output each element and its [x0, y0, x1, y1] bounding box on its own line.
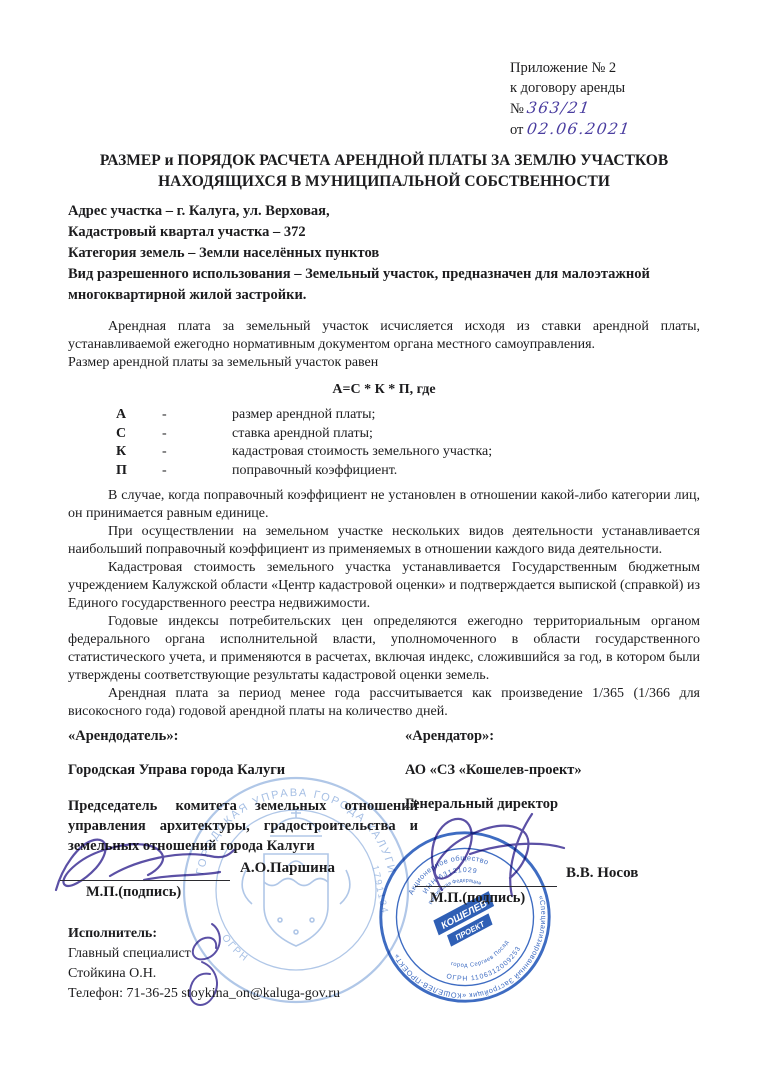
- lessor-signature-line: [60, 880, 230, 881]
- definition-row: П - поправочный коэффициент.: [116, 462, 700, 481]
- appendix-header: Приложение № 2 к договору аренды № 363/2…: [510, 58, 700, 140]
- plot-cadastre-line: Кадастровый квартал участка – 372: [68, 222, 700, 243]
- paragraph-rent-equals: Размер арендной платы за земельный участ…: [68, 354, 700, 372]
- definition-meaning: размер арендной платы;: [232, 406, 700, 425]
- svg-text:город Сергиев Посад: город Сергиев Посад: [448, 938, 514, 977]
- definition-dash: -: [162, 406, 232, 425]
- lessee-mp-caption: М.П.(подпись): [430, 890, 525, 907]
- executor-block: Исполнитель: Главный специалист Стойкина…: [68, 924, 340, 1004]
- lessee-position-title: Генеральный директор: [405, 796, 558, 813]
- lessor-signer-name: А.О.Паршина: [240, 860, 335, 877]
- contract-date-handwritten: 02.06.2021: [526, 119, 633, 139]
- svg-text:«Специализированный Застройщик: «Специализированный Застройщик «КОШЕЛЕВ-…: [391, 893, 558, 1010]
- lessee-org-name: АО «СЗ «Кошелев-проект»: [405, 762, 582, 779]
- lessor-stamp-ogrn-digits: 1791134: [369, 864, 390, 915]
- body-paragraph: При осуществлении на земельном участке н…: [68, 523, 700, 559]
- definition-row: А - размер арендной платы;: [116, 406, 700, 425]
- executor-position: Главный специалист: [68, 944, 340, 964]
- body-paragraph: Годовые индексы потребительских цен опре…: [68, 613, 700, 685]
- plot-usage-line: Вид разрешенного использования – Земельн…: [68, 264, 700, 306]
- paragraph-rent-basis: Арендная плата за земельный участок исчи…: [68, 318, 700, 354]
- executor-phone: Телефон: 71-36-25 stoykina_on@kaluga-gov…: [68, 984, 340, 1004]
- definition-row: К - кадастровая стоимость земельного уча…: [116, 443, 700, 462]
- plot-info-block: Адрес участка – г. Калуга, ул. Верховая,…: [68, 201, 700, 306]
- svg-text:ОГРН 1106312009253: ОГРН 1106312009253: [443, 943, 528, 993]
- contract-number-line: № 363/21: [510, 98, 700, 119]
- executor-label: Исполнитель:: [68, 924, 340, 944]
- contract-date-prefix: от: [510, 122, 523, 138]
- definition-meaning: кадастровая стоимость земельного участка…: [232, 443, 700, 462]
- executor-name: Стойкина О.Н.: [68, 964, 340, 984]
- definition-dash: -: [162, 462, 232, 481]
- definition-symbol: К: [116, 443, 162, 462]
- definition-symbol: С: [116, 425, 162, 444]
- document-title: РАЗМЕР и ПОРЯДОК РАСЧЕТА АРЕНДНОЙ ПЛАТЫ …: [68, 150, 700, 192]
- definition-row: С - ставка арендной платы;: [116, 425, 700, 444]
- lessee-label: «Арендатор»:: [405, 728, 494, 745]
- signing-section: «Арендодатель»: «Арендатор»: Городская У…: [0, 712, 764, 1080]
- lessor-position-title: Председатель комитета земельных отношени…: [68, 796, 418, 856]
- definition-dash: -: [162, 425, 232, 444]
- appendix-number-line: Приложение № 2: [510, 58, 700, 78]
- lessee-signer-name: В.В. Носов: [566, 865, 638, 882]
- lessee-stamp-ogrn-text: ОГРН 1106312009253: [443, 943, 528, 993]
- lessor-org-name: Городская Управа города Калуги: [68, 762, 285, 779]
- contract-number-prefix: №: [510, 101, 524, 117]
- lessee-stamp-city-text: город Сергиев Посад: [448, 938, 514, 977]
- contract-reference-line: к договору аренды: [510, 78, 700, 98]
- contract-date-line: от 02.06.2021: [510, 119, 700, 140]
- definition-meaning: поправочный коэффициент.: [232, 462, 700, 481]
- plot-category-line: Категория земель – Земли населённых пунк…: [68, 243, 700, 264]
- lessee-stamp-outer-text: «Специализированный Застройщик «КОШЕЛЕВ-…: [391, 893, 558, 1010]
- body-paragraph: Кадастровая стоимость земельного участка…: [68, 559, 700, 613]
- definitions-table: А - размер арендной платы; С - ставка ар…: [116, 406, 700, 480]
- koshelev-logo-line2: ПРОЕКТ: [455, 919, 486, 943]
- lessee-signature-line: [415, 886, 557, 887]
- definition-meaning: ставка арендной платы;: [232, 425, 700, 444]
- definition-symbol: А: [116, 406, 162, 425]
- plot-address-line: Адрес участка – г. Калуга, ул. Верховая,: [68, 201, 700, 222]
- definition-dash: -: [162, 443, 232, 462]
- lessor-label: «Арендодатель»:: [68, 728, 178, 745]
- contract-number-handwritten: 363/21: [526, 98, 592, 118]
- lessor-mp-caption: М.П.(подпись): [86, 884, 181, 901]
- body-paragraph: В случае, когда поправочный коэффициент …: [68, 487, 700, 523]
- rent-formula: А=С * К * П, где: [68, 381, 700, 398]
- document-page: Приложение № 2 к договору аренды № 363/2…: [0, 0, 764, 1080]
- definition-symbol: П: [116, 462, 162, 481]
